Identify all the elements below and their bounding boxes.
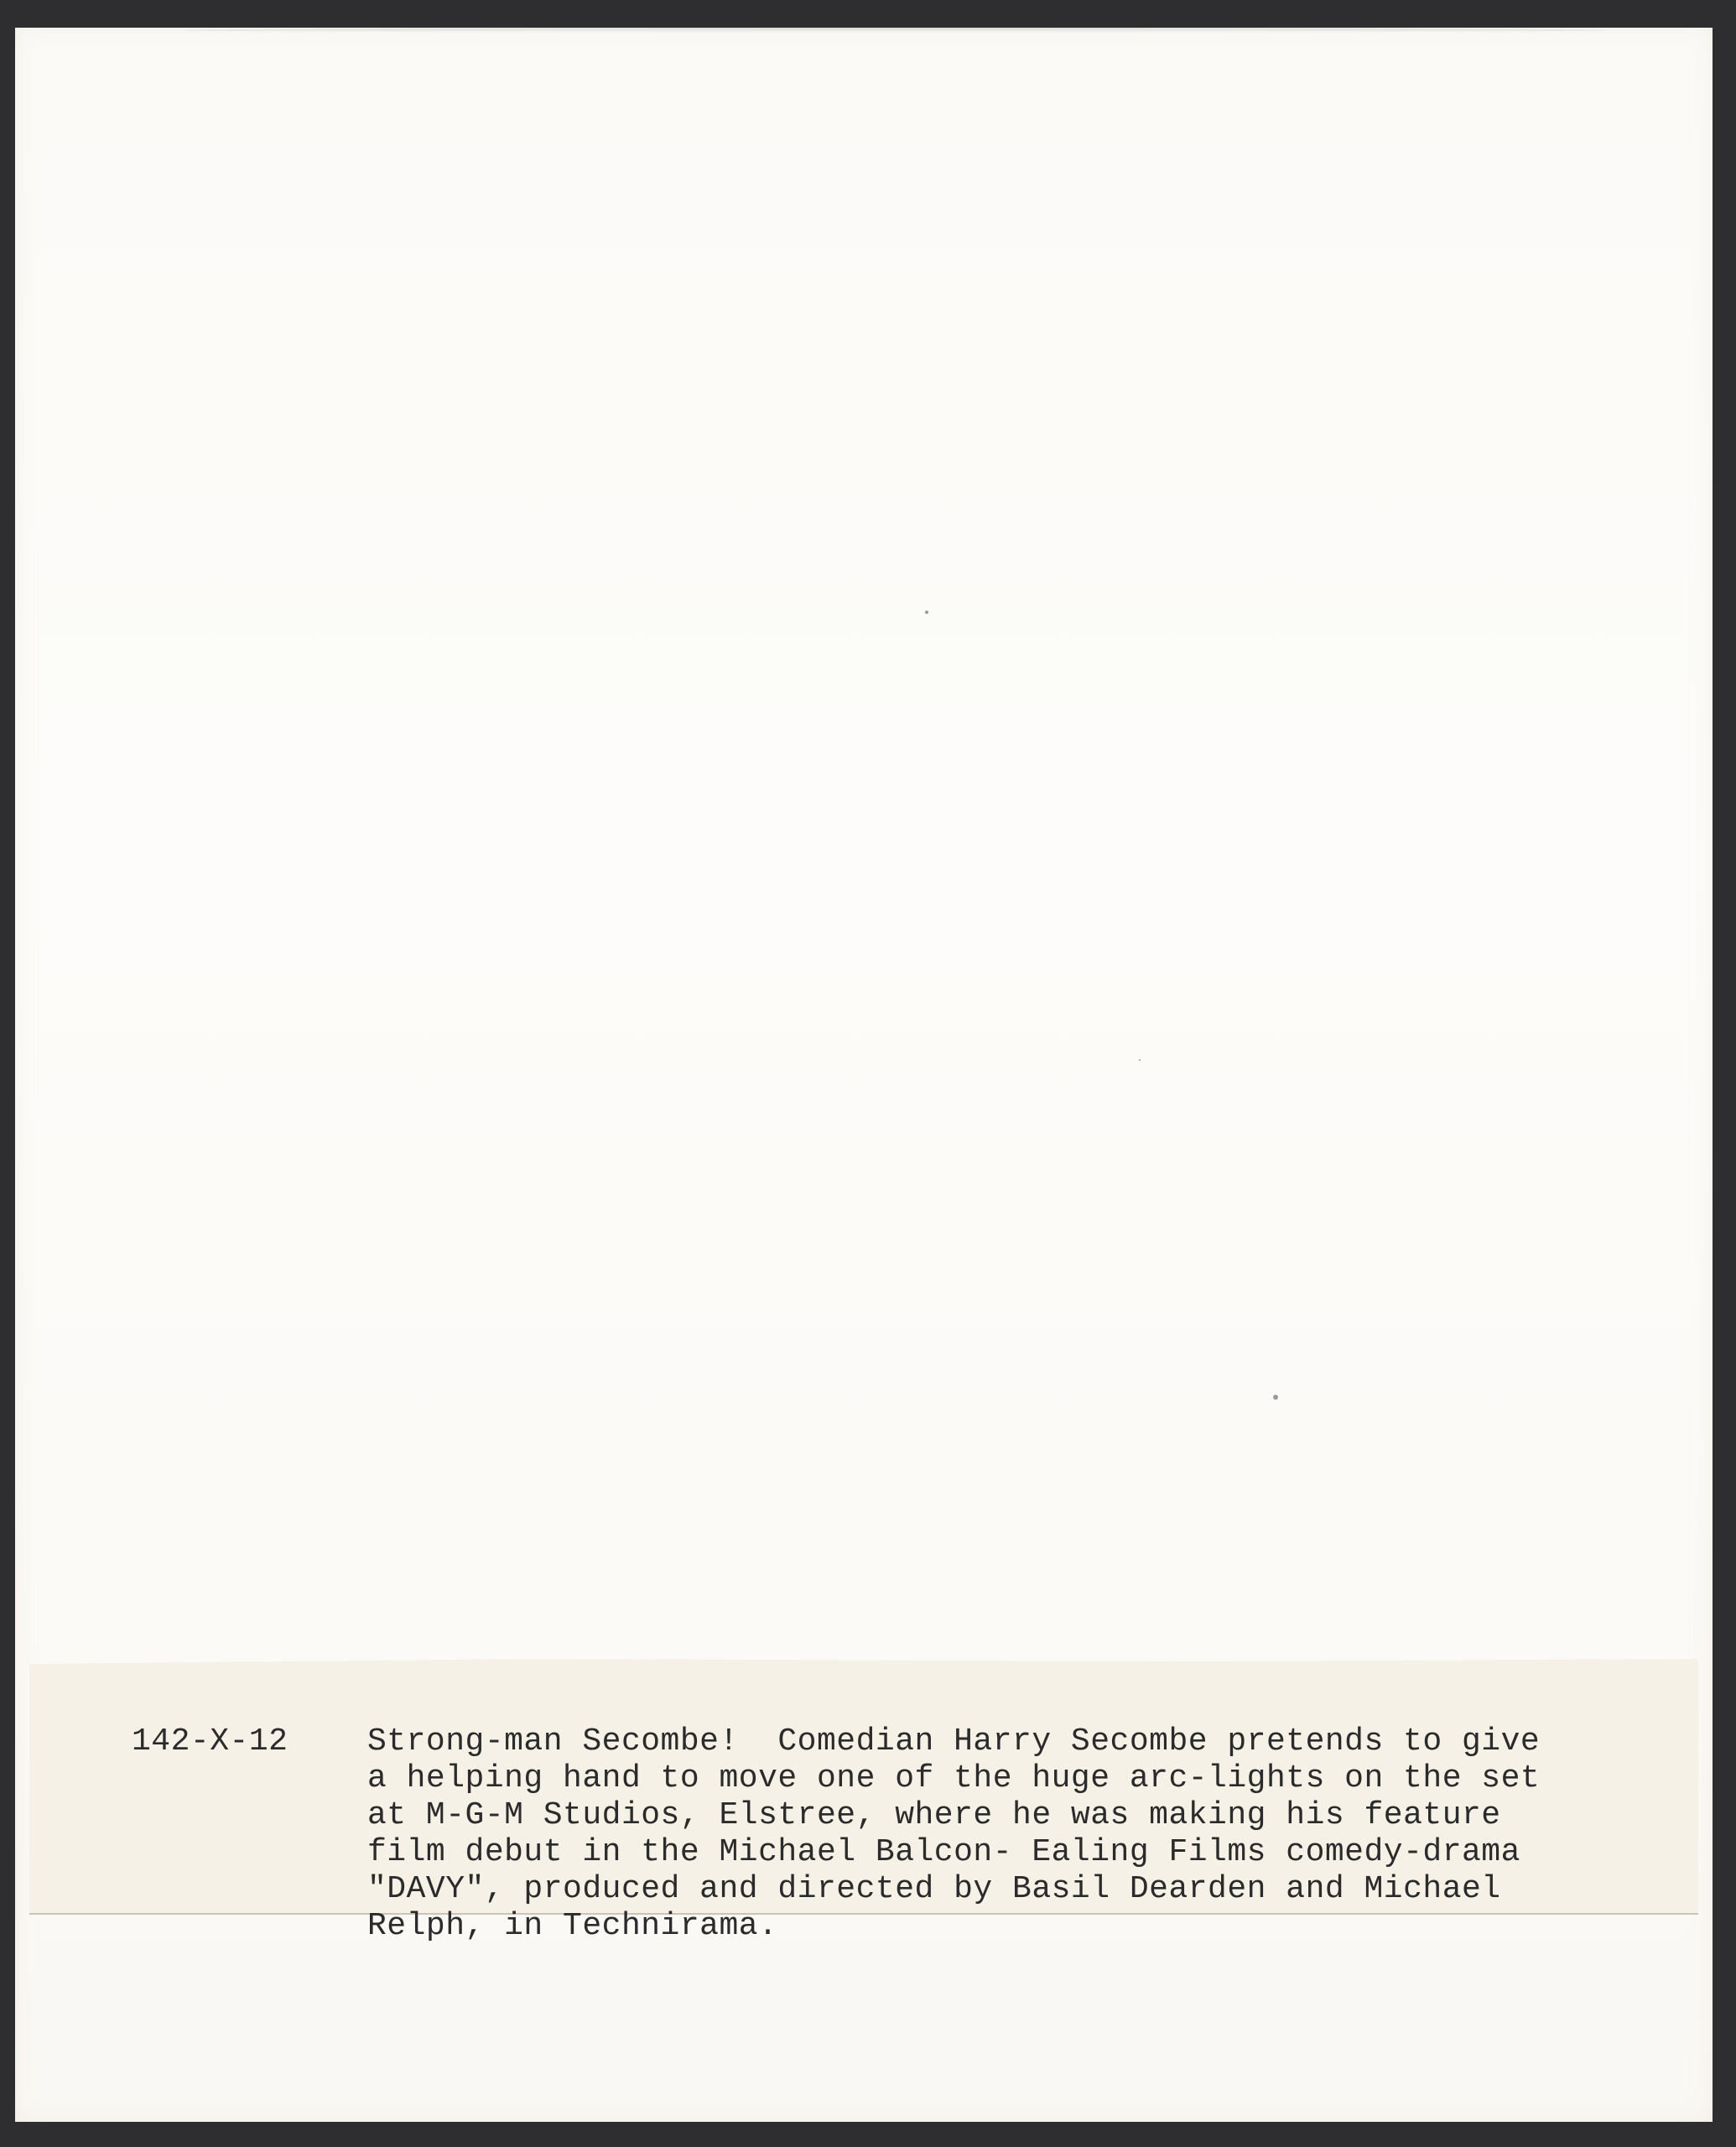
- caption-line: a helping hand to move one of the huge a…: [367, 1760, 1540, 1797]
- caption-line: film debut in the Michael Balcon- Ealing…: [367, 1834, 1540, 1871]
- caption-code: 142-X-12: [132, 1723, 288, 1760]
- caption-line: Strong-man Secombe! Comedian Harry Secom…: [367, 1723, 1540, 1760]
- caption-line: "DAVY", produced and directed by Basil D…: [367, 1871, 1540, 1908]
- caption-line: at M-G-M Studios, Elstree, where he was …: [367, 1797, 1540, 1834]
- paper-speck: [925, 611, 928, 614]
- paper-crease: [183, 28, 1609, 33]
- paper-speck: [1273, 1395, 1278, 1400]
- caption-line: Relph, in Technirama.: [367, 1908, 1540, 1945]
- caption-text: Strong-man Secombe! Comedian Harry Secom…: [367, 1723, 1540, 1945]
- paper-speck: [1139, 1059, 1141, 1061]
